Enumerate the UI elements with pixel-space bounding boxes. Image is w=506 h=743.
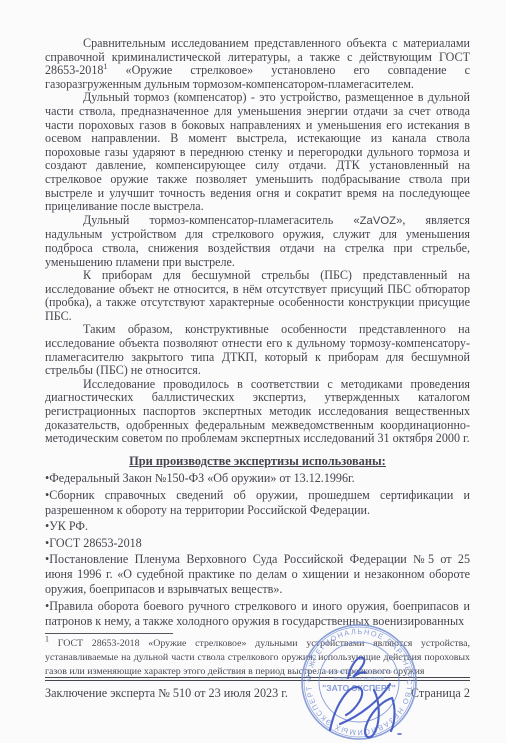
body-paragraph: Сравнительным исследованием представленн… (45, 37, 470, 91)
footer-document-title: Заключение эксперта № 510 от 23 июля 202… (45, 686, 288, 701)
source-list-item: •ГОСТ 28653-2018 (45, 536, 470, 551)
body-paragraph: К приборам для бесшумной стрельбы (ПБС) … (45, 269, 470, 323)
body-paragraph: Дульный тормоз (компенсатор) - это устро… (45, 91, 470, 213)
body-paragraph: Таким образом, конструктивные особенност… (45, 323, 470, 377)
source-text: УК РФ. (49, 519, 88, 533)
section-heading: При производстве экспертизы использованы… (45, 455, 470, 469)
source-text: Сборник справочных сведений об оружии, п… (45, 488, 470, 517)
paragraph-text: Дульный тормоз-компенсатор-пламегаситель (83, 213, 353, 227)
document-body: Сравнительным исследованием представленн… (45, 37, 470, 630)
source-list-item: •Сборник справочных сведений об оружии, … (45, 488, 470, 518)
body-paragraph: Исследование проводилось в соответствии … (45, 378, 470, 446)
source-list-item: •Постановление Пленума Верховного Суда Р… (45, 552, 470, 597)
brand-name: «ZaVOZ» (353, 215, 402, 227)
source-text: Постановление Пленума Верховного Суда Ро… (45, 552, 470, 596)
signature (318, 638, 428, 743)
source-text: ГОСТ 28653-2018 (49, 536, 142, 550)
document-page: Сравнительным исследованием представленн… (0, 0, 506, 743)
source-text: Федеральный Закон №150-ФЗ «Об оружии» от… (49, 471, 354, 485)
footnote-separator (45, 633, 173, 634)
source-list-item: •Федеральный Закон №150-ФЗ «Об оружии» о… (45, 471, 470, 486)
paragraph-text: «Оружие стрелковое» установлено его совп… (45, 63, 470, 91)
body-paragraph: Дульный тормоз-компенсатор-пламегаситель… (45, 214, 470, 269)
source-list-item: •УК РФ. (45, 519, 470, 534)
